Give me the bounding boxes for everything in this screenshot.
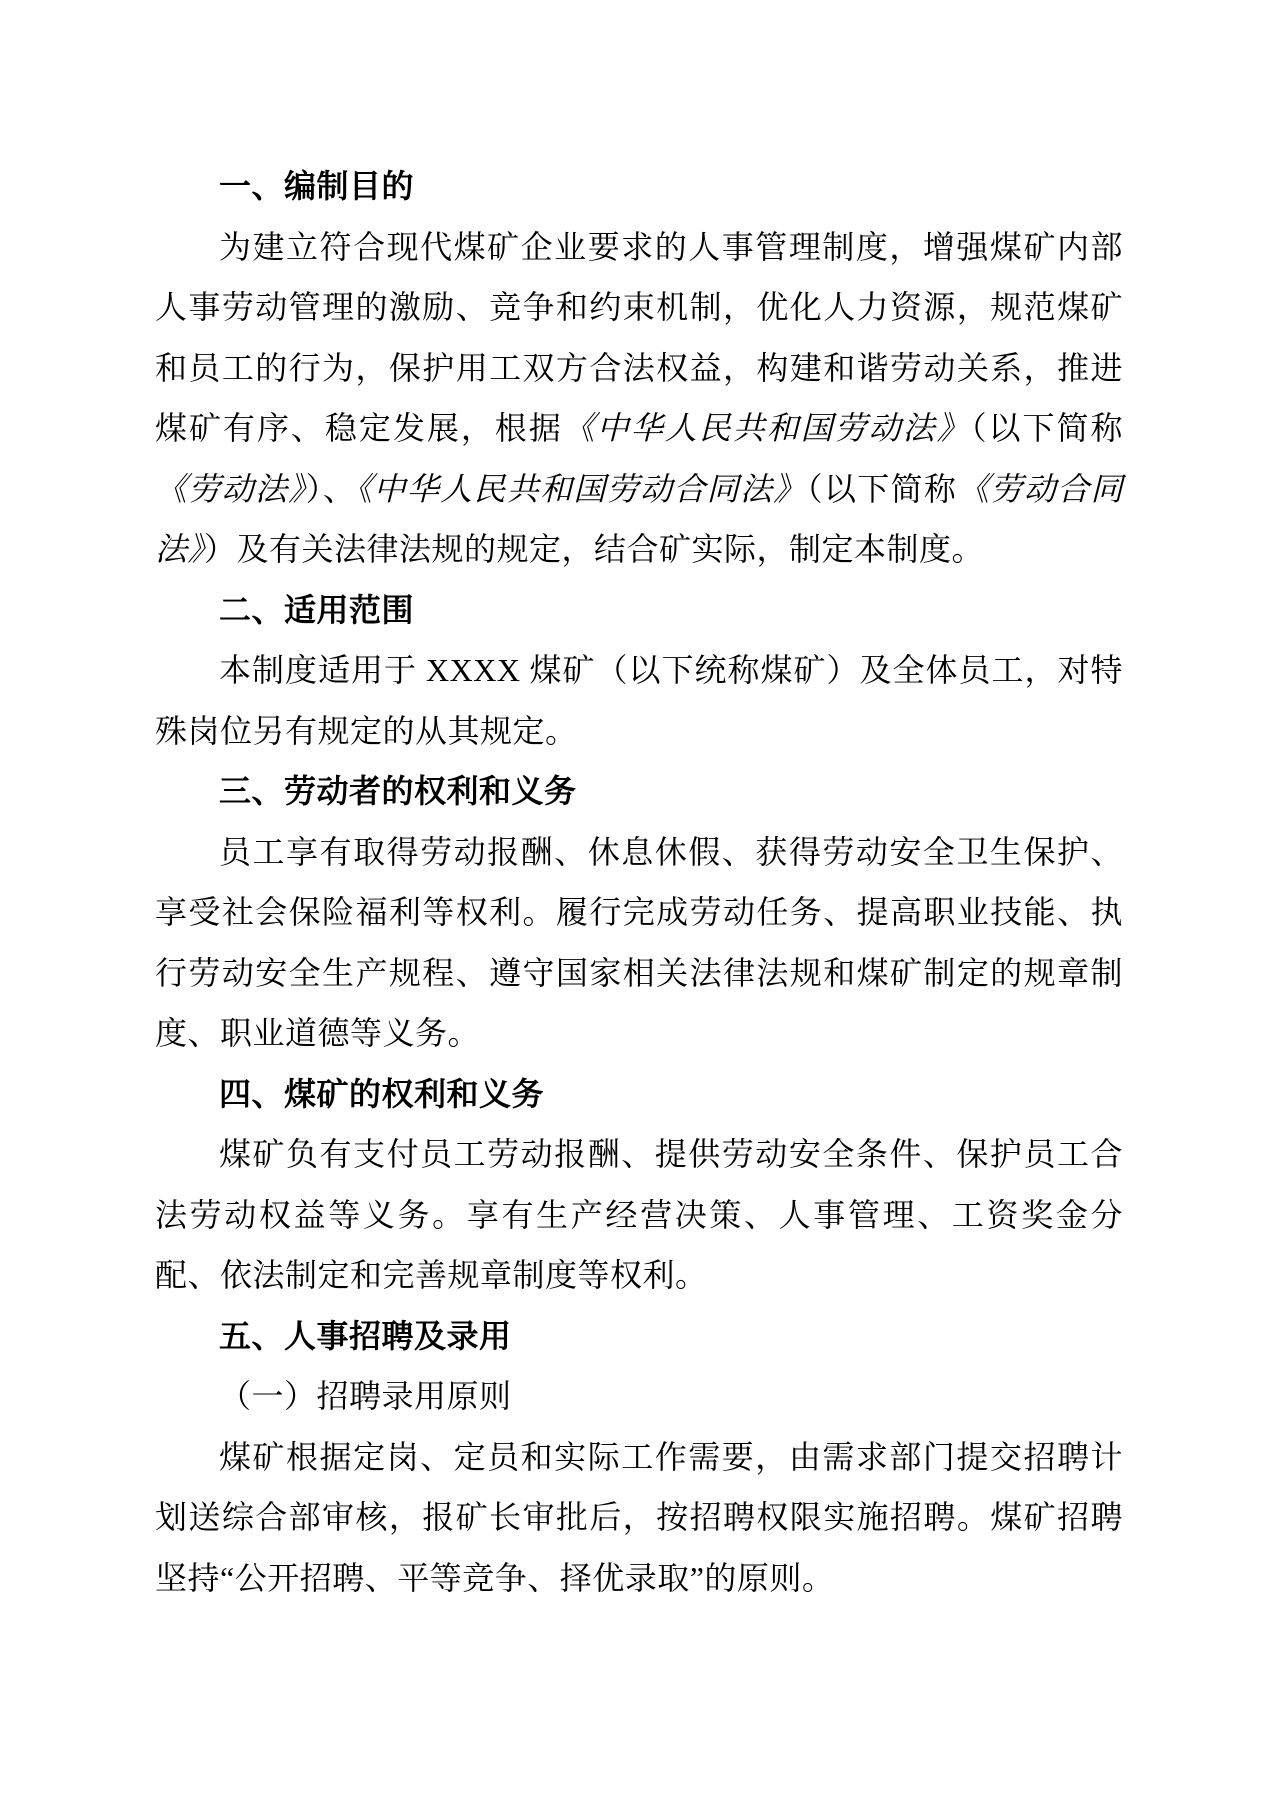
body-paragraph: 为建立符合现代煤矿企业要求的人事管理制度，增强煤矿内部人事劳动管理的激励、竞争和… [155, 217, 1123, 580]
text-run: 本制度适用于 XXXX 煤矿（以下统称煤矿）及全体员工，对特殊岗位另有规定的从其… [155, 652, 1123, 749]
text-run: （以下简称 [807, 471, 958, 507]
law-title-text: 《中华人民共和国劳动法》 [563, 410, 971, 446]
law-title-text: 《中华人民共和国劳动合同法》 [356, 471, 806, 507]
text-run: ）及有关法律法规的规定，结合矿实际，制定本制度。 [204, 531, 984, 567]
body-paragraph: 员工享有取得劳动报酬、休息休假、获得劳动安全卫生保护、享受社会保险福利等权利。履… [155, 822, 1123, 1064]
document-page: 一、编制目的为建立符合现代煤矿企业要求的人事管理制度，增强煤矿内部人事劳动管理的… [0, 0, 1280, 1810]
text-run: 二、适用范围 [219, 592, 414, 628]
section-heading: 二、适用范围 [155, 580, 1123, 641]
text-run: 煤矿根据定岗、定员和实际工作需要，由需求部门提交招聘计划送综合部审核，报矿长审批… [155, 1439, 1123, 1596]
document-body: 一、编制目的为建立符合现代煤矿企业要求的人事管理制度，增强煤矿内部人事劳动管理的… [155, 156, 1123, 1608]
section-heading: 一、编制目的 [155, 156, 1123, 217]
section-heading: 四、煤矿的权利和义务 [155, 1064, 1123, 1125]
body-paragraph: 煤矿负有支付员工劳动报酬、提供劳动安全条件、保护员工合法劳动权益等义务。享有生产… [155, 1124, 1123, 1306]
text-run: 一、编制目的 [219, 168, 414, 204]
text-run: 三、劳动者的权利和义务 [219, 773, 577, 809]
law-title-text: 《劳动法》 [155, 471, 306, 507]
section-heading: 五、人事招聘及录用 [155, 1306, 1123, 1367]
text-run: 煤矿负有支付员工劳动报酬、提供劳动安全条件、保护员工合法劳动权益等义务。享有生产… [155, 1136, 1123, 1293]
body-paragraph: 本制度适用于 XXXX 煤矿（以下统称煤矿）及全体员工，对特殊岗位另有规定的从其… [155, 640, 1123, 761]
text-run: 员工享有取得劳动报酬、休息休假、获得劳动安全卫生保护、享受社会保险福利等权利。履… [155, 834, 1123, 1052]
text-run: 五、人事招聘及录用 [219, 1318, 512, 1354]
section-heading: 三、劳动者的权利和义务 [155, 761, 1123, 822]
text-run: 四、煤矿的权利和义务 [219, 1076, 544, 1112]
text-run: ）、 [306, 471, 357, 507]
body-paragraph: 煤矿根据定岗、定员和实际工作需要，由需求部门提交招聘计划送综合部审核，报矿长审批… [155, 1427, 1123, 1609]
text-run: （以下简称 [971, 410, 1123, 446]
text-run: （一）招聘录用原则 [219, 1378, 512, 1414]
sub-heading: （一）招聘录用原则 [155, 1366, 1123, 1427]
